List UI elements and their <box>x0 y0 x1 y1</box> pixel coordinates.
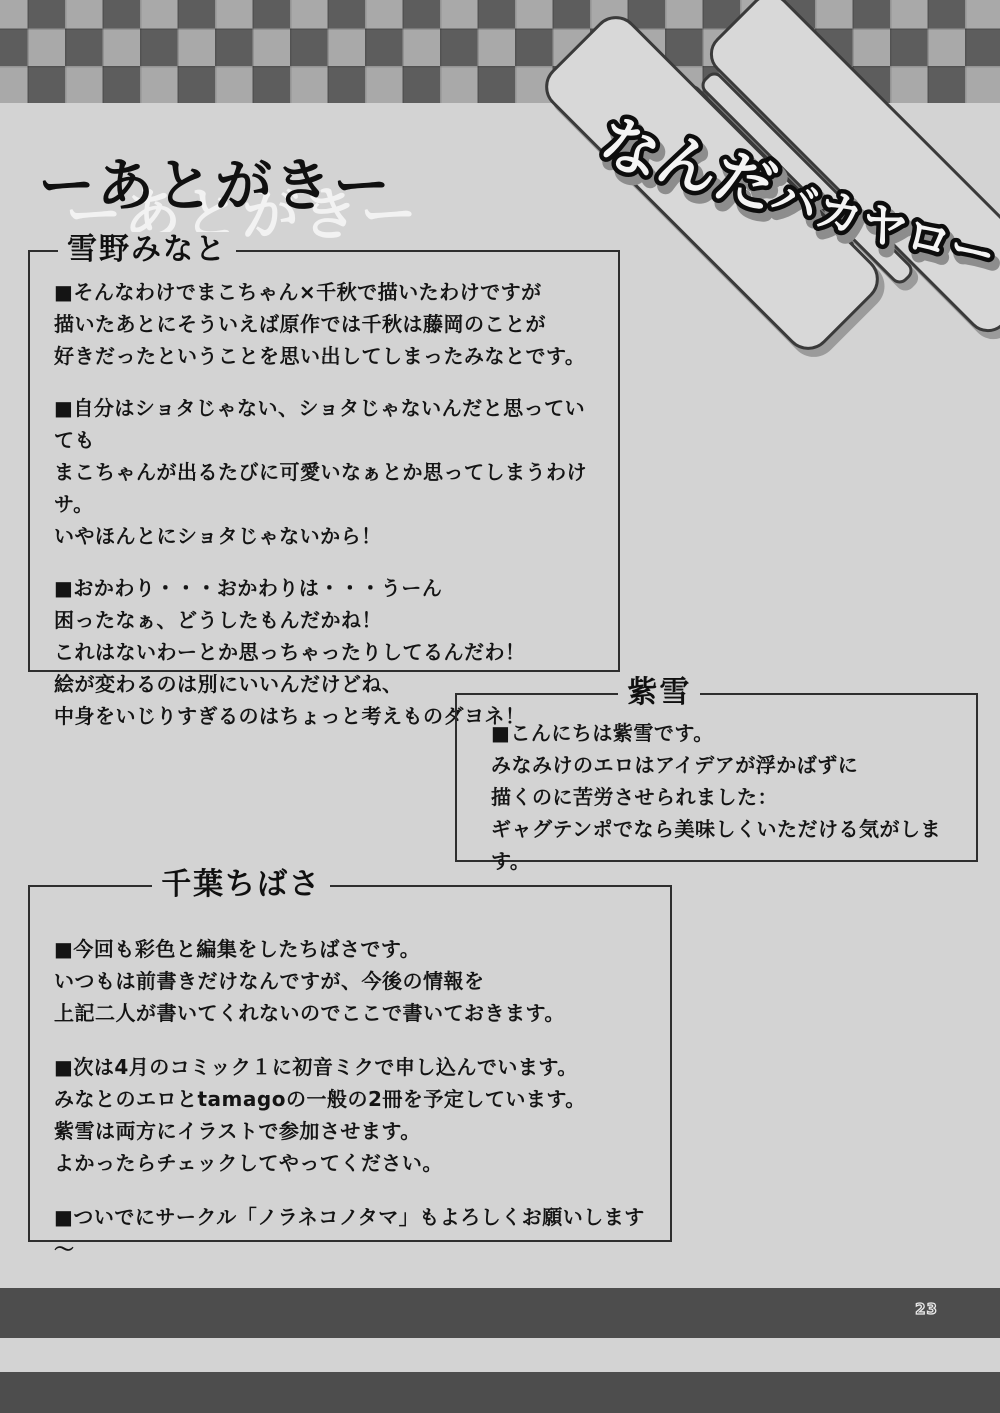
section-heading-minato: 雪野みなと <box>58 232 236 268</box>
section-paragraph: ■今回も彩色と編集をしたちばさです。 いつもは前書きだけなんですが、今後の情報を… <box>54 933 652 1029</box>
page-number: 23 <box>915 1300 938 1318</box>
logo-nandabakayaro: なんだバカヤロー なんだバカヤロー <box>585 10 1000 340</box>
footer-bar-top: 23 <box>0 1288 1000 1338</box>
section-paragraph: ■こんにちは紫雪です。 みなみけのエロはアイデアが浮かばずに 描くのに苦労させら… <box>491 717 962 877</box>
page-title: ーあとがきー <box>38 140 392 222</box>
footer-bar-bottom <box>0 1372 1000 1413</box>
section-box-shisetsu: 紫雪 ■こんにちは紫雪です。 みなみけのエロはアイデアが浮かばずに 描くのに苦労… <box>455 693 978 862</box>
section-heading-shisetsu: 紫雪 <box>618 675 700 711</box>
section-box-chibasa: 千葉ちばさ ■今回も彩色と編集をしたちばさです。 いつもは前書きだけなんですが、… <box>28 885 672 1242</box>
section-box-minato: 雪野みなと ■そんなわけでまこちゃん×千秋で描いたわけですが 描いたあとにそうい… <box>28 250 620 672</box>
afterword-page: なんだバカヤロー なんだバカヤロー ーあとがきー ーあとがきー 雪野みなと ■そ… <box>0 0 1000 1413</box>
section-heading-chibasa: 千葉ちばさ <box>152 867 330 903</box>
section-paragraph: ■ついでにサークル「ノラネコノタマ」もよろしくお願いします～ <box>54 1201 652 1265</box>
section-paragraph: ■次は4月のコミック１に初音ミクで申し込んでいます。 みなとのエロとtamago… <box>54 1051 652 1179</box>
section-paragraph: ■そんなわけでまこちゃん×千秋で描いたわけですが 描いたあとにそういえば原作では… <box>54 276 600 372</box>
section-paragraph: ■自分はショタじゃない、ショタじゃないんだと思っていても まこちゃんが出るたびに… <box>54 392 600 552</box>
